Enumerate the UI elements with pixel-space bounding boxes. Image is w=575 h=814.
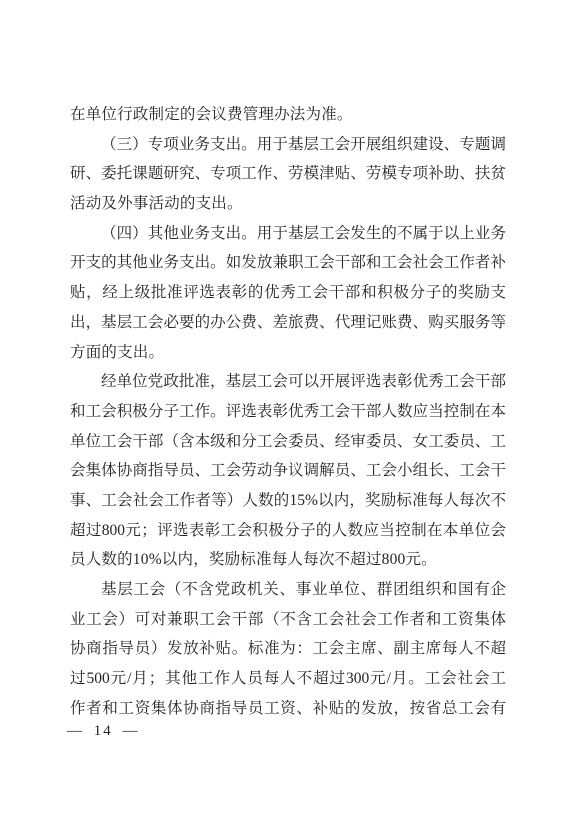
text-line: 研、委托课题研究、专项工作、劳模津贴、劳模专项补助、扶贫 [70, 159, 506, 189]
text-line: 贴，经上级批准评选表彰的优秀工会干部和积极分子的奖励支 [70, 278, 506, 308]
text-line: 和工会积极分子工作。评选表彰优秀工会干部人数应当控制在本 [70, 397, 506, 427]
text-line: 协商指导员）发放补贴。标准为：工会主席、副主席每人不超 [70, 634, 506, 664]
page-number: — 14 — [67, 721, 140, 741]
text-line: 事、工会社会工作者等）人数的15%以内，奖励标准每人每次不 [70, 486, 506, 516]
text-line: 单位工会干部（含本级和分工会委员、经审委员、女工委员、工 [70, 427, 506, 457]
document-body: 在单位行政制定的会议费管理办法为准。（三）专项业务支出。用于基层工会开展组织建设… [70, 100, 506, 723]
text-line: 业工会）可对兼职工会干部（不含工会社会工作者和工资集体 [70, 605, 506, 635]
text-line: 经单位党政批准，基层工会可以开展评选表彰优秀工会干部 [70, 367, 506, 397]
text-line: 活动及外事活动的支出。 [70, 189, 506, 219]
text-line: 员人数的10%以内，奖励标准每人每次不超过800元。 [70, 545, 506, 575]
text-line: （四）其他业务支出。用于基层工会发生的不属于以上业务 [70, 219, 506, 249]
document-page: 在单位行政制定的会议费管理办法为准。（三）专项业务支出。用于基层工会开展组织建设… [0, 0, 575, 814]
text-line: 基层工会（不含党政机关、事业单位、群团组织和国有企 [70, 575, 506, 605]
text-line: （三）专项业务支出。用于基层工会开展组织建设、专题调 [70, 130, 506, 160]
text-line: 超过800元；评选表彰工会积极分子的人数应当控制在本单位会 [70, 516, 506, 546]
text-line: 作者和工资集体协商指导员工资、补贴的发放，按省总工会有 [70, 694, 506, 724]
text-line: 在单位行政制定的会议费管理办法为准。 [70, 100, 506, 130]
text-line: 开支的其他业务支出。如发放兼职工会干部和工会社会工作者补 [70, 248, 506, 278]
text-line: 过500元/月；其他工作人员每人不超过300元/月。工会社会工 [70, 664, 506, 694]
text-line: 方面的支出。 [70, 338, 506, 368]
text-line: 会集体协商指导员、工会劳动争议调解员、工会小组长、工会干 [70, 456, 506, 486]
text-line: 出，基层工会必要的办公费、差旅费、代理记账费、购买服务等 [70, 308, 506, 338]
